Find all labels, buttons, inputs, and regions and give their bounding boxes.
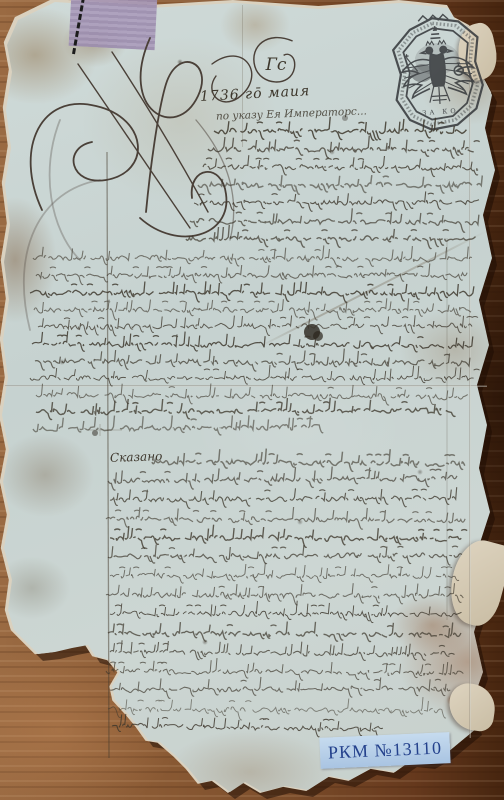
inventory-label: РКМ №13110 <box>319 732 450 769</box>
vertical-fold-crease <box>469 32 471 738</box>
inventory-label-text: РКМ №13110 <box>328 738 443 763</box>
paragraph2-first-word: Сказано <box>110 449 163 465</box>
small-vertical-crease <box>242 5 243 147</box>
photo-scene: Гс ЗА <box>0 0 504 800</box>
horizontal-fold-crease <box>5 385 487 387</box>
